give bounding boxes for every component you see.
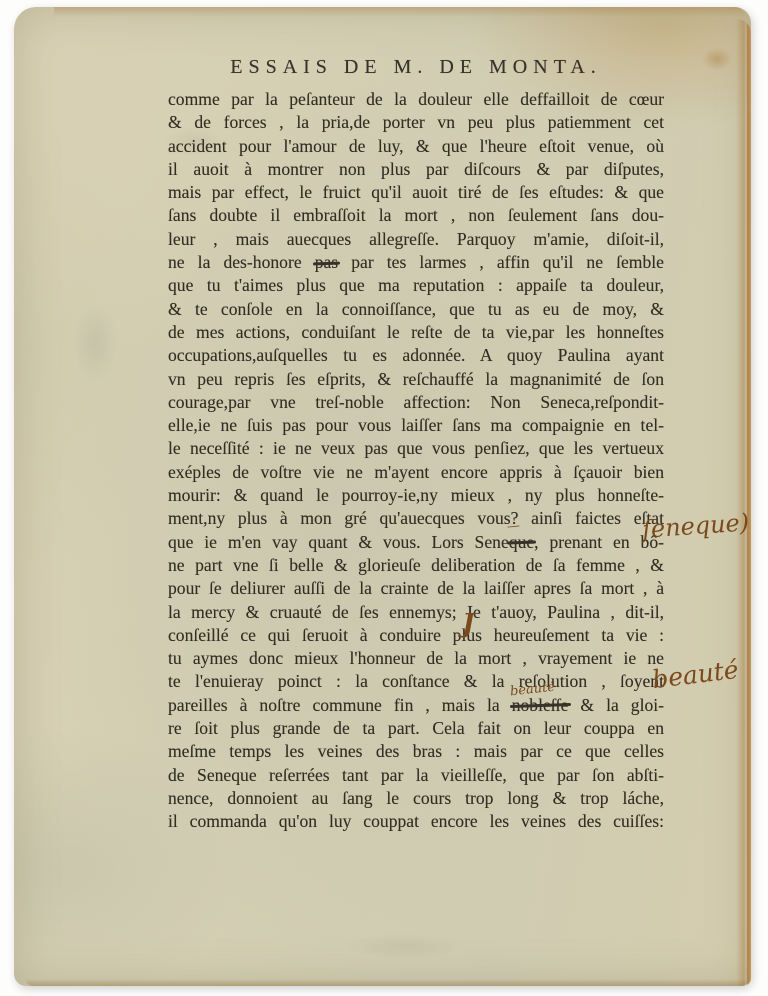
text-line: ne part vne ſi belle & glorieuſe deliber…	[168, 554, 664, 577]
text-line: tu aymes donc mieux l'honneur de la mort…	[168, 647, 664, 670]
text-line: la mercy & cruauté de ſes ennemys; JIe t…	[168, 601, 664, 624]
text-line: & te conſole en la connoiſſance, que tu …	[168, 298, 664, 321]
handwritten-overwrite: J	[462, 611, 474, 637]
text-line: comme par la peſanteur de la douleur ell…	[168, 88, 664, 111]
text-line: exéples de voſtre vie ne m'ayent encore …	[168, 461, 664, 484]
text-line: nence, donnoient au ſang le cours trop l…	[168, 787, 664, 810]
handwritten-correction: —	[506, 519, 520, 533]
text-line: occupations,auſquelles tu es adonnée. A …	[168, 344, 664, 367]
text-line: que tu t'aimes plus que ma reputation : …	[168, 274, 664, 297]
text-line: que ie m'en vay quant & vous. Lors Seneq…	[168, 531, 664, 554]
text-line: vn peu repris ſes eſprits, & reſchauffé …	[168, 368, 664, 391]
text-line: de Seneque reſerrées tant par la vieille…	[168, 764, 664, 787]
text-line: ſans doubte il embraſſoit la mort , non …	[168, 204, 664, 227]
struck-word: pas	[315, 252, 338, 272]
text-line: il auoit à montrer non plus par diſcours…	[168, 158, 664, 181]
text-line: courage,par vne treſ-noble affection: No…	[168, 391, 664, 414]
book-page: ESSAIS DE M. DE MONTA. comme par la peſa…	[14, 7, 751, 986]
running-header: ESSAIS DE M. DE MONTA.	[164, 56, 668, 79]
paper-stain	[72, 303, 118, 383]
page-worn-edge-bottom	[26, 979, 747, 986]
text-line: pareilles à noſtre commune fin , mais la…	[168, 694, 664, 717]
text-line: accident pour l'amour de luy, & que l'he…	[168, 135, 664, 158]
text-line: mais par effect, le fruict qu'il auoit t…	[168, 181, 664, 204]
page-worn-edge-top	[54, 7, 745, 17]
paper-stain	[702, 47, 732, 71]
text-line: re ſoit plus grande de ta part. Cela fai…	[168, 717, 664, 740]
text-line: de mes actions, conduiſant le reſte de t…	[168, 321, 664, 344]
paper-stain	[344, 933, 464, 959]
struck-word: nobleſſebeauté	[512, 695, 569, 715]
text-line: pour ſe deliurer auſſi de la crainte de …	[168, 577, 664, 600]
text-line: te l'enuieray poinct : la conſtance & la…	[168, 670, 664, 693]
text-line: ne la des-honore pas par tes larmes , af…	[168, 251, 664, 274]
text-line: elle,ie ne ſuis pas pour vous laiſſer ſa…	[168, 414, 664, 437]
text-line: leur , mais auecques allegreſſe. Parquoy…	[168, 228, 664, 251]
handwritten-correction: beauté	[509, 680, 555, 698]
text-line: ment,ny plus à mon gré qu'auecques vous?…	[168, 507, 664, 530]
text-line: conſeillé ce qui ſeruoit à conduire plus…	[168, 624, 664, 647]
text-line: meſme temps les veines des bras : mais p…	[168, 740, 664, 763]
text-line: il commanda qu'on luy couppat encore les…	[168, 810, 664, 833]
scan-background: ESSAIS DE M. DE MONTA. comme par la peſa…	[0, 0, 768, 996]
text-block: comme par la peſanteur de la douleur ell…	[168, 88, 664, 834]
struck-word: que—	[509, 532, 534, 552]
text-line: le neceſſité : ie ne veux pas que vous p…	[168, 437, 664, 460]
text-line: mourir: & quand le pourroy-ie,ny mieux ,…	[168, 484, 664, 507]
margin-note-seneque: ſeneque)	[641, 508, 750, 543]
text-line: & de forces , la pria,de porter vn peu p…	[168, 111, 664, 134]
page-worn-edge-right	[736, 19, 751, 986]
